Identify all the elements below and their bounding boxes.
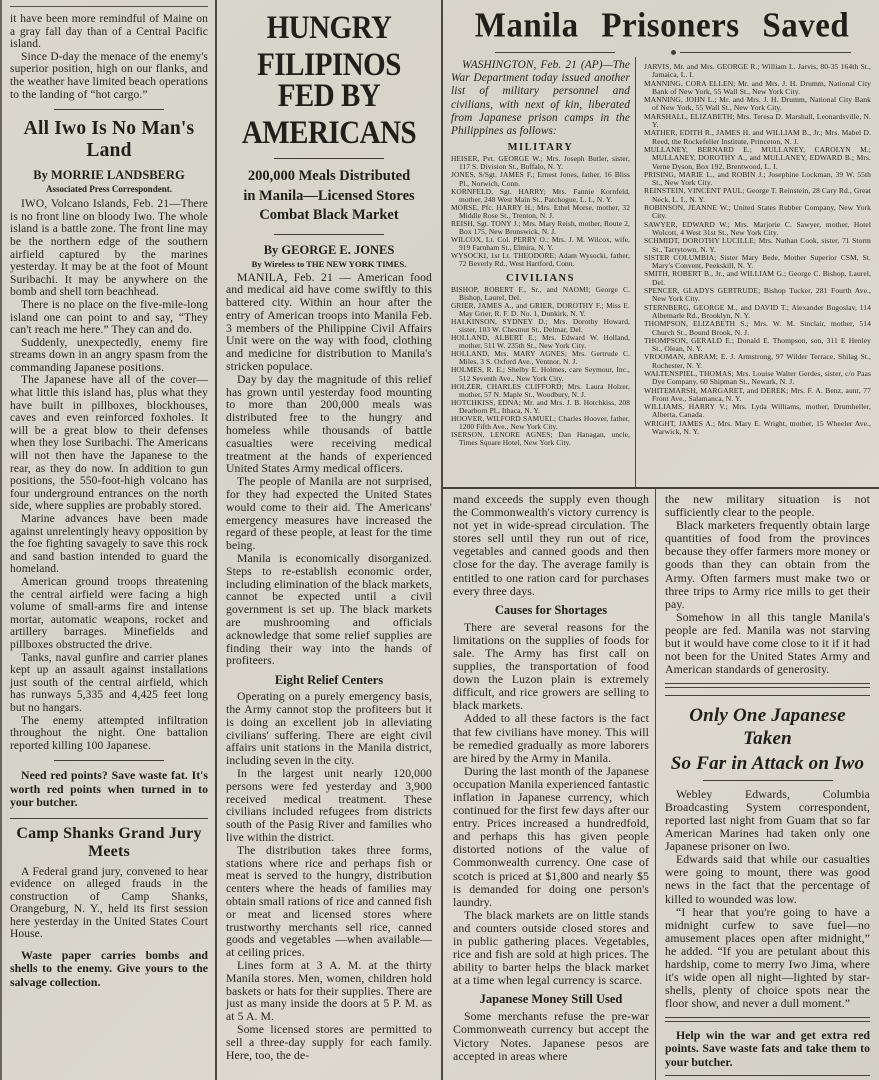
article-paragraph: Lines form at 3 A. M. at the thirty Mani… xyxy=(226,960,432,1024)
filipinos-headline-line2: FED BY AMERICANS xyxy=(226,78,432,152)
article-paragraph: Day by day the magnitude of this relief … xyxy=(226,374,432,476)
continuation-paragraph: Since D-day the menace of the enemy's su… xyxy=(10,51,208,101)
newspaper-page: it have been more remindful of Maine on … xyxy=(0,0,879,1080)
waste-paper-filler: Waste paper carries bombs and shells to … xyxy=(10,949,208,989)
continuation-paragraph: mand exceeds the supply even though the … xyxy=(453,493,649,598)
casualty-list-right-column: JARVIS, Mr. and Mrs. GEORGE R.; William … xyxy=(635,57,879,487)
washington-dateline: WASHINGTON, Feb. 21 (AP)—The War Departm… xyxy=(451,59,630,138)
civilian-entry: BISHOP, ROBERT F., Sr., and NAOMI; Georg… xyxy=(451,286,630,302)
civilians-list-continued: JARVIS, Mr. and Mrs. GEORGE R.; William … xyxy=(644,63,871,436)
article-paragraph: Edwards said that while our casualties w… xyxy=(665,853,870,905)
military-entry: REISH, Sgt. TONY J.; Mrs. Mary Reish, mo… xyxy=(451,220,630,236)
civilian-entry: MANNING, CORA ELLEN; Mr. and Mrs. J. H. … xyxy=(644,80,871,97)
article-paragraph: MANILA, Feb. 21 — American food and medi… xyxy=(226,272,432,374)
left-column: it have been more remindful of Maine on … xyxy=(2,0,217,1080)
article-paragraph: The Japanese have all of the cover—what … xyxy=(10,374,208,513)
box-headline-rule xyxy=(703,780,833,781)
military-entry: WYSOCKI, 1st Lt. THEODORE; Adam Wysocki,… xyxy=(451,252,630,268)
article-paragraph: “I hear that you're going to have a midn… xyxy=(665,906,870,1011)
civilian-entry: HALKINSON, SYDNEY D.; Mrs. Dorothy Howar… xyxy=(451,318,630,334)
civilian-entry: WHITEMARSH, MARGARET, and DEREK; Mrs. F.… xyxy=(644,387,871,404)
civilian-entry: REINSTEIN, VINCENT PAUL; George T. Reins… xyxy=(644,187,871,204)
article-paragraph: There are several reasons for the limita… xyxy=(453,621,649,713)
continuation-paragraph: the new military situation is not suffic… xyxy=(665,493,870,519)
article-paragraph: Added to all these factors is the fact t… xyxy=(453,712,649,764)
continuation-paragraph: Somehow in all this tangle Manila's peop… xyxy=(665,611,870,676)
civilian-entry: HOOVER, WILFORD SAMUEL; Charles Hoover, … xyxy=(451,415,630,431)
section-divider xyxy=(54,760,164,761)
article-paragraph: Manila is economically disorganized. Ste… xyxy=(226,553,432,668)
section-rule xyxy=(665,1075,870,1076)
casualty-list-left-column: WASHINGTON, Feb. 21 (AP)—The War Departm… xyxy=(443,57,635,487)
civilian-entry: SCHMIDT, DOROTHY LUCILLE; Mrs. Nathan Co… xyxy=(644,237,871,254)
article-paragraph: During the last month of the Japanese oc… xyxy=(453,765,649,909)
box-body: Webley Edwards, Columbia Broadcasting Sy… xyxy=(665,788,870,1011)
article-paragraph: Webley Edwards, Columbia Broadcasting Sy… xyxy=(665,788,870,853)
civilian-entry: HOLMES, R. E.; Shelby E. Holmes, care Se… xyxy=(451,366,630,382)
civilian-entry: ROBINSON, JEANNE W.; United States Rubbe… xyxy=(644,204,871,221)
relief-centers-crosshead: Eight Relief Centers xyxy=(226,673,432,688)
camp-shanks-body: A Federal grand jury, convened to hear e… xyxy=(10,866,208,942)
civilian-entry: MANNING, JOHN L.; Mr. and Mrs. J. H. Dru… xyxy=(644,96,871,113)
shortages-crosshead: Causes for Shortages xyxy=(453,603,649,618)
section-divider xyxy=(54,109,164,110)
article-paragraph: The enemy attempted infiltration through… xyxy=(10,715,208,753)
article-paragraph: There is no place on the five-mile-long … xyxy=(10,299,208,337)
military-label: MILITARY xyxy=(451,142,630,153)
military-entry: MORSE, Pfc. HARRY H.; Mrs. Ethel Morse, … xyxy=(451,204,630,220)
iwo-article-credit: Associated Press Correspondent. xyxy=(10,184,208,194)
iwo-article-headline: All Iwo Is No Man's Land xyxy=(10,118,208,162)
article-paragraph: American ground troops threatening the c… xyxy=(10,576,208,652)
civilian-entry: HOLLAND, ALBERT E.; Mrs. Edward W. Holla… xyxy=(451,334,630,350)
iwo-article-byline: By MORRIE LANDSBERG xyxy=(10,168,208,183)
military-entry: KORNFELD, Sgt. HARRY; Mrs. Fannie Kornfe… xyxy=(451,188,630,204)
help-win-filler: Help win the war and get extra red point… xyxy=(665,1029,870,1069)
civilians-label: CIVILIANS xyxy=(451,273,630,284)
filipinos-body-1: MANILA, Feb. 21 — American food and medi… xyxy=(226,272,432,669)
civilian-entry: ISERSON, LENORE AGNES; Dan Hanagan, uncl… xyxy=(451,431,630,447)
economy-body: There are several reasons for the limita… xyxy=(453,621,649,988)
civilian-entry: WILLIAMS, HARRY V.; Mrs. Lyda Williams, … xyxy=(644,403,871,420)
filipinos-subhead: 200,000 Meals Distributed in Manila—Lice… xyxy=(240,167,418,226)
column-top-rule xyxy=(10,6,208,7)
jones-byline: By GEORGE E. JONES xyxy=(226,243,432,258)
civilian-entry: SISTER COLUMBIA; Sister Mary Bede, Mothe… xyxy=(644,254,871,271)
article-paragraph: Tanks, naval gunfire and carrier planes … xyxy=(10,652,208,715)
article-paragraph: Suddenly, unexpectedly, enemy fire strea… xyxy=(10,337,208,375)
civilians-list: BISHOP, ROBERT F., Sr., and NAOMI; Georg… xyxy=(451,286,630,448)
economy-continuation-right: the new military situation is not suffic… xyxy=(655,489,879,1080)
military-entry: HEISER, Pvt. GEORGE W.; Mrs. Joseph Butl… xyxy=(451,155,630,171)
camp-shanks-headline: Camp Shanks Grand Jury Meets xyxy=(10,825,208,861)
filipinos-body-2: Operating on a purely emergency basis, t… xyxy=(226,691,432,1062)
civilian-entry: GRIER, JAMES A., and GRIER, DOROTHY F.; … xyxy=(451,302,630,318)
prisoners-headline: Manila Prisoners Saved xyxy=(455,6,869,46)
red-points-filler: Need red points? Save waste fat. It's wo… xyxy=(10,769,208,809)
civilian-entry: THOMPSON, GERALD E.; Donald E. Thompson,… xyxy=(644,337,871,354)
civilian-entry: SPENCER, GLADYS GERTRUDE; Bishop Tucker,… xyxy=(644,287,871,304)
casualty-list-region: WASHINGTON, Feb. 21 (AP)—The War Departm… xyxy=(443,57,879,487)
article-paragraph: The people of Manila are not surprised, … xyxy=(226,476,432,553)
civilian-entry: PRISING, MARIE L., and ROBIN J.; Josephi… xyxy=(644,171,871,188)
article-paragraph: Operating on a purely emergency basis, t… xyxy=(226,691,432,768)
box-headline-line2: So Far in Attack on Iwo xyxy=(665,752,870,775)
subhead-divider xyxy=(274,234,384,235)
continuation-region: mand exceeds the supply even though the … xyxy=(443,487,879,1080)
section-rule xyxy=(10,818,208,819)
civilian-entry: HOLZER, CHARLES CLIFFORD; Mrs. Laura Hol… xyxy=(451,383,630,399)
headline-underline xyxy=(495,50,851,55)
article-paragraph: In the largest unit nearly 120,000 perso… xyxy=(226,768,432,845)
japanese-money-crosshead: Japanese Money Still Used xyxy=(453,992,649,1007)
civilian-entry: WALTENSPIEL, THOMAS; Mrs. Louise Walter … xyxy=(644,370,871,387)
civilian-entry: VROOMAN, ABRAM; E. J. Armstrong, 97 Wild… xyxy=(644,353,871,370)
civilian-entry: SMITH, ROBERT B., Jr., and WILLIAM G.; G… xyxy=(644,270,871,287)
military-list: HEISER, Pvt. GEORGE W.; Mrs. Joseph Butl… xyxy=(451,155,630,268)
iwo-prisoner-box: Only One Japanese Taken So Far in Attack… xyxy=(665,695,870,1011)
continuation-paragraph: Black marketers frequently obtain large … xyxy=(665,519,870,611)
article-paragraph: Marine advances have been made against u… xyxy=(10,513,208,576)
article-paragraph: The distribution takes three forms, stat… xyxy=(226,845,432,960)
filipinos-headline-line1: HUNGRY FILIPINOS xyxy=(226,10,432,84)
civilian-entry: THOMPSON, ELIZABETH S.; Mrs. W. M. Sincl… xyxy=(644,320,871,337)
civilian-entry: JARVIS, Mr. and Mrs. GEORGE R.; William … xyxy=(644,63,871,80)
box-headline-line1: Only One Japanese Taken xyxy=(665,704,870,750)
article-paragraph: Some licensed stores are permitted to se… xyxy=(226,1024,432,1062)
civilian-entry: MARSHALL, ELIZABETH; Mrs. Teresa D. Mars… xyxy=(644,113,871,130)
military-entry: JONES, S/Sgt. JAMES F.; Ernest Jones, fa… xyxy=(451,171,630,187)
article-paragraph: The black markets are on little stands a… xyxy=(453,909,649,988)
civilian-entry: WRIGHT, JAMES A.; Mrs. Mary E. Wright, m… xyxy=(644,420,871,437)
right-section: Manila Prisoners Saved WASHINGTON, Feb. … xyxy=(443,0,879,1080)
civilian-entry: MULLANEY, BERNARD E.; MULLANEY, CAROLYN … xyxy=(644,146,871,171)
iwo-article-body: IWO, Volcano Islands, Feb. 21—There is n… xyxy=(10,198,208,752)
headline-divider xyxy=(274,158,384,159)
article-paragraph: IWO, Volcano Islands, Feb. 21—There is n… xyxy=(10,198,208,299)
civilian-entry: SAWYER, EDWARD W.; Mrs. Marjorie C. Sawy… xyxy=(644,221,871,238)
military-entry: WILCOX, Lt. Col. PERRY O.; Mrs. J. M. Wi… xyxy=(451,236,630,252)
middle-column: HUNGRY FILIPINOS FED BY AMERICANS 200,00… xyxy=(217,0,443,1080)
continuation-paragraph: Some merchants refuse the pre-war Common… xyxy=(453,1010,649,1062)
continuation-paragraph: it have been more remindful of Maine on … xyxy=(10,13,208,51)
civilian-entry: MATHER, EDITH R., JAMES H. and WILLIAM B… xyxy=(644,129,871,146)
civilian-entry: HOLLAND, Mrs. MARY AGNES; Mrs. Gertrude … xyxy=(451,350,630,366)
prisoners-headline-block: Manila Prisoners Saved xyxy=(443,0,879,57)
section-rule xyxy=(665,683,870,688)
civilian-entry: STERNBERG, GEORGE M., and DAVID T.; Alex… xyxy=(644,304,871,321)
civilian-entry: HOTCHKISS, EDNA; Mr. and Mrs. J. B. Hotc… xyxy=(451,399,630,415)
wire-credit: By Wireless to THE NEW YORK TIMES. xyxy=(226,259,432,269)
section-rule xyxy=(665,1017,870,1022)
economy-continuation-left: mand exceeds the supply even though the … xyxy=(443,489,655,1080)
